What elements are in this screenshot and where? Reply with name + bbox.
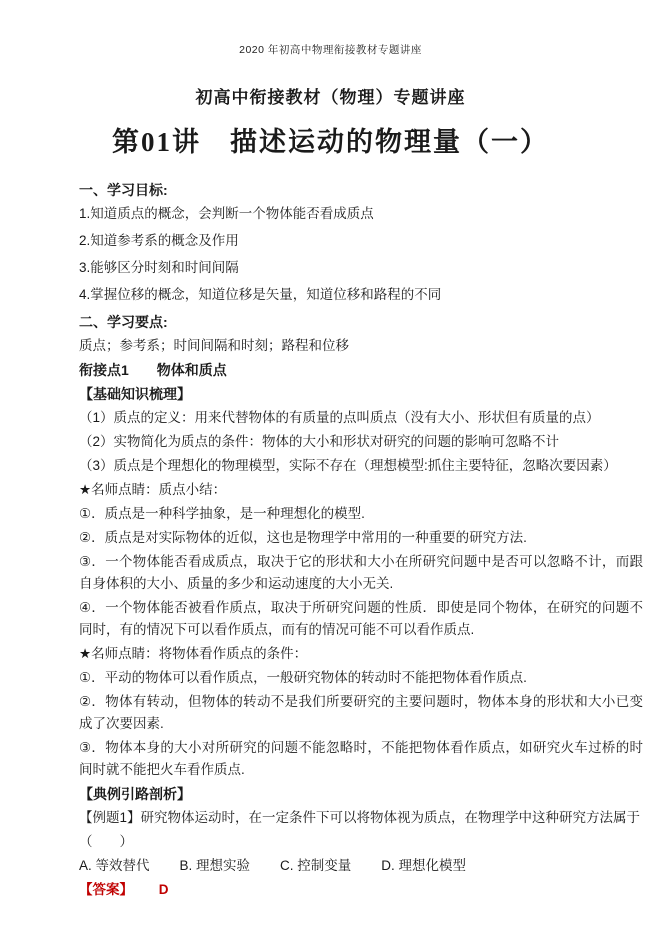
document-body: 一、学习目标: 1.知道质点的概念，会判断一个物体能否看成质点 2.知道参考系的… xyxy=(79,179,643,901)
option-d: D. 理想化模型 xyxy=(381,855,466,877)
teacher-tip-heading-1: ★名师点睛：质点小结： xyxy=(79,479,643,501)
goal-item-4: 4.掌握位移的概念，知道位移是矢量，知道位移和路程的不同 xyxy=(79,284,643,306)
basic-knowledge-heading: 【基础知识梳理】 xyxy=(79,383,643,405)
tip1-item-3: ③．一个物体能否看成质点，取决于它的形状和大小在所研究问题中是否可以忽略不计，而… xyxy=(79,551,643,595)
lecture-title: 第01讲 描述运动的物理量（一） xyxy=(0,120,661,159)
page-header-text: 2020 年初高中物理衔接教材专题讲座 xyxy=(0,0,661,57)
answer-value: D xyxy=(159,882,169,897)
tip2-item-3: ③．物体本身的大小对所研究的问题不能忽略时，不能把物体看作质点，如研究火车过桥的… xyxy=(79,737,643,781)
option-c: C. 控制变量 xyxy=(280,855,351,877)
goal-item-3: 3.能够区分时刻和时间间隔 xyxy=(79,257,643,279)
answer-label: 【答案】 xyxy=(79,882,133,897)
basic-item-2: （2）实物简化为质点的条件：物体的大小和形状对研究的问题的影响可忽略不计 xyxy=(79,431,643,453)
tip1-item-4: ④．一个物体能否被看作质点，取决于所研究问题的性质．即使是同个物体，在研究的问题… xyxy=(79,597,643,641)
example-options-row: A. 等效替代 B. 理想实验 C. 控制变量 D. 理想化模型 xyxy=(79,855,643,877)
tip1-item-1: ①．质点是一种科学抽象，是一种理想化的模型. xyxy=(79,503,643,525)
example-section-heading: 【典例引路剖析】 xyxy=(79,783,643,805)
tip1-item-2: ②．质点是对实际物体的近似，这也是物理学中常用的一种重要的研究方法. xyxy=(79,527,643,549)
tip2-item-1: ①．平动的物体可以看作质点，一般研究物体的转动时不能把物体看作质点. xyxy=(79,667,643,689)
answer-row: 【答案】 D xyxy=(79,879,643,901)
tip2-item-2: ②．物体有转动，但物体的转动不是我们所要研究的主要问题时，物体本身的形状和大小已… xyxy=(79,691,643,735)
link-point-heading: 衔接点1 物体和质点 xyxy=(79,359,643,381)
option-a: A. 等效替代 xyxy=(79,855,150,877)
points-text: 质点；参考系；时间间隔和时刻；路程和位移 xyxy=(79,335,643,357)
basic-item-3: （3）质点是个理想化的物理模型，实际不存在（理想模型:抓住主要特征，忽略次要因素… xyxy=(79,455,643,477)
document-page: 2020 年初高中物理衔接教材专题讲座 初高中衔接教材（物理）专题讲座 第01讲… xyxy=(0,0,661,935)
basic-item-1: （1）质点的定义：用来代替物体的有质量的点叫质点（没有大小、形状但有质量的点） xyxy=(79,407,643,429)
goal-item-1: 1.知道质点的概念，会判断一个物体能否看成质点 xyxy=(79,203,643,225)
option-b: B. 理想实验 xyxy=(180,855,251,877)
example-question-stem: 【例题1】研究物体运动时，在一定条件下可以将物体视为质点，在物理学中这种研究方法… xyxy=(79,807,643,829)
series-title: 初高中衔接教材（物理）专题讲座 xyxy=(0,83,661,108)
teacher-tip-heading-2: ★名师点睛：将物体看作质点的条件： xyxy=(79,643,643,665)
goals-heading: 一、学习目标: xyxy=(79,179,643,201)
goal-item-2: 2.知道参考系的概念及作用 xyxy=(79,230,643,252)
points-heading: 二、学习要点: xyxy=(79,311,643,333)
example-answer-bracket: （ ） xyxy=(79,831,643,853)
